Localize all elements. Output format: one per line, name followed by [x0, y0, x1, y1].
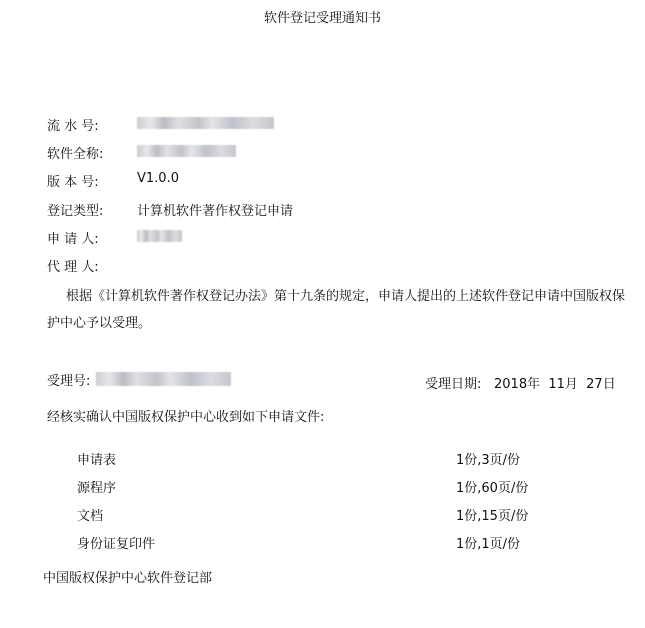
acceptance-date-label: 受理日期:	[425, 373, 481, 392]
redacted-value	[137, 145, 236, 157]
field-label-agent: 代 理 人:	[47, 256, 99, 275]
signature: 中国版权保护中心软件登记部	[43, 567, 212, 586]
field-label-registration-type: 登记类型:	[47, 200, 103, 219]
redacted-value	[96, 372, 231, 386]
field-label-serial-number: 流 水 号:	[47, 115, 99, 134]
field-label-software-name: 软件全称:	[47, 143, 103, 162]
acceptance-paragraph: 根据《计算机软件著作权登记办法》第十九条的规定，申请人提出的上述软件登记申请中国…	[47, 283, 637, 337]
field-value-applicant	[137, 230, 182, 246]
received-files-intro: 经核实确认中国版权保护中心收到如下申请文件:	[47, 406, 324, 425]
field-value-version: V1.0.0	[137, 171, 179, 186]
field-value-software-name	[137, 145, 236, 161]
redacted-value	[137, 230, 182, 242]
field-label-applicant: 申 请 人:	[47, 228, 99, 247]
file-name: 文档	[77, 505, 103, 524]
file-name: 身份证复印件	[77, 533, 155, 552]
field-value-serial-number	[137, 117, 274, 133]
acceptance-number-label: 受理号:	[47, 370, 90, 389]
file-name: 申请表	[77, 449, 116, 468]
field-value-registration-type: 计算机软件著作权登记申请	[137, 200, 293, 219]
acceptance-date-value: 2018年 11月 27日	[494, 373, 616, 392]
file-quantity: 1份,3页/份	[456, 449, 520, 468]
redacted-value	[137, 117, 274, 129]
document-title: 软件登记受理通知书	[0, 7, 645, 26]
file-quantity: 1份,60页/份	[456, 477, 528, 496]
file-quantity: 1份,15页/份	[456, 505, 528, 524]
field-label-version: 版 本 号:	[47, 171, 99, 190]
acceptance-number-value	[96, 372, 231, 390]
file-quantity: 1份,1页/份	[456, 533, 520, 552]
file-name: 源程序	[77, 477, 116, 496]
